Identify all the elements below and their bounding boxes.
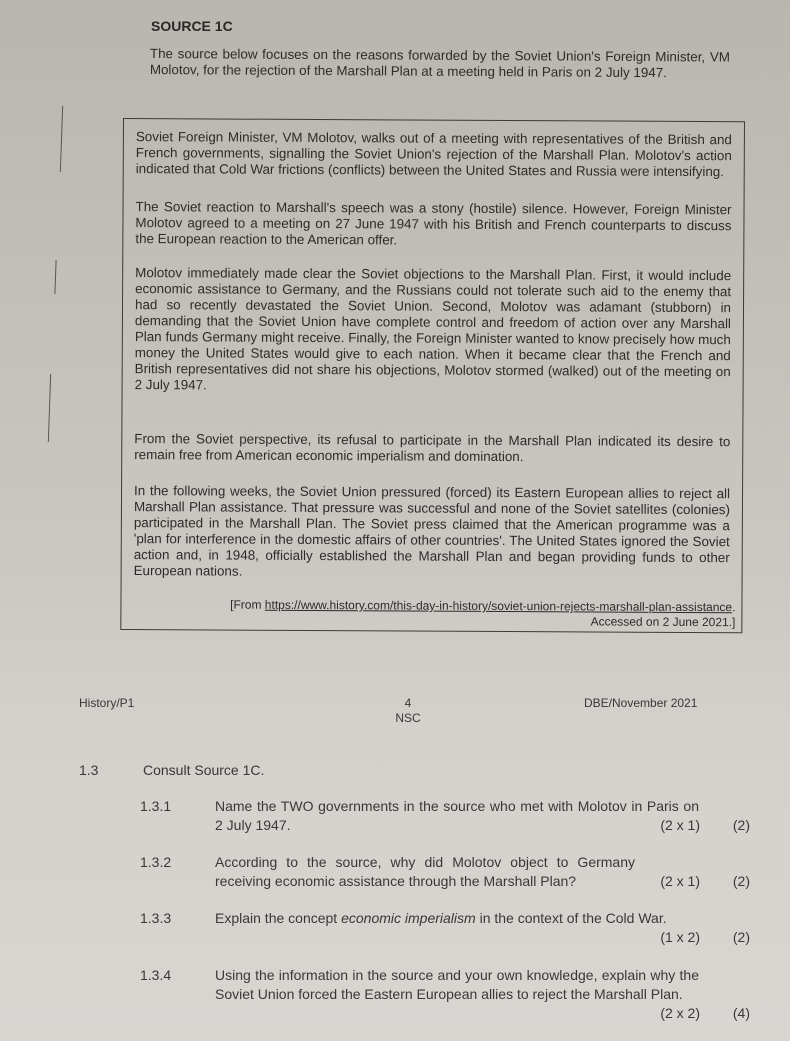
header-subject: History/P1 [79, 696, 134, 710]
source-extract-box: Soviet Foreign Minister, VM Molotov, wal… [120, 118, 745, 633]
header-page-number: 4 [398, 696, 418, 710]
source-paragraph: Soviet Foreign Minister, VM Molotov, wal… [136, 129, 732, 180]
question-text: According to the source, why did Molotov… [215, 853, 635, 891]
question-number: 1.3.4 [140, 966, 171, 985]
question-marks: (2) [710, 928, 750, 947]
source-paragraph: From the Soviet perspective, its refusal… [134, 431, 730, 466]
source-paragraph: The Soviet reaction to Marshall's speech… [135, 199, 731, 250]
citation-suffix: . [732, 600, 735, 614]
header-nsc: NSC [386, 711, 430, 725]
margin-mark [60, 106, 63, 172]
question-number: 1.3 [79, 762, 98, 778]
header-date: DBE/November 2021 [584, 696, 697, 710]
question-1-3-2: 1.3.2 According to the source, why did M… [140, 853, 760, 893]
question-marks: (2) [710, 816, 750, 835]
key-term: economic imperialism [341, 910, 476, 926]
question-number: 1.3.1 [140, 797, 171, 816]
question-marks: (4) [710, 1004, 750, 1023]
citation-prefix: [From [230, 598, 265, 612]
source-citation: [From https://www.history.com/this-day-i… [230, 598, 735, 631]
question-text: Consult Source 1C. [143, 762, 264, 778]
question-1-3-4: 1.3.4 Using the information in the sourc… [140, 966, 760, 1026]
mark-allocation: (1 x 2) [620, 928, 700, 947]
mark-allocation: (2 x 2) [620, 1004, 700, 1023]
source-intro: The source below focuses on the reasons … [150, 46, 730, 82]
citation-accessed: Accessed on 2 June 2021.] [230, 613, 735, 631]
question-1-3-3: 1.3.3 Explain the concept economic imper… [140, 909, 760, 949]
margin-mark [54, 260, 56, 294]
margin-mark [48, 374, 51, 442]
citation-link[interactable]: https://www.history.com/this-day-in-hist… [265, 598, 732, 614]
source-title: SOURCE 1C [151, 18, 233, 34]
question-1-3-1: 1.3.1 Name the TWO governments in the so… [140, 797, 760, 837]
mark-allocation: (2 x 1) [620, 816, 700, 835]
question-number: 1.3.3 [140, 909, 171, 928]
question-marks: (2) [710, 872, 750, 891]
mark-allocation: (2 x 1) [620, 872, 700, 891]
question-text: Using the information in the source and … [215, 966, 699, 1004]
question-text: Explain the concept economic imperialism… [215, 909, 699, 928]
source-paragraph: In the following weeks, the Soviet Union… [134, 483, 730, 582]
question-number: 1.3.2 [140, 853, 171, 872]
source-paragraph: Molotov immediately made clear the Sovie… [135, 265, 732, 396]
